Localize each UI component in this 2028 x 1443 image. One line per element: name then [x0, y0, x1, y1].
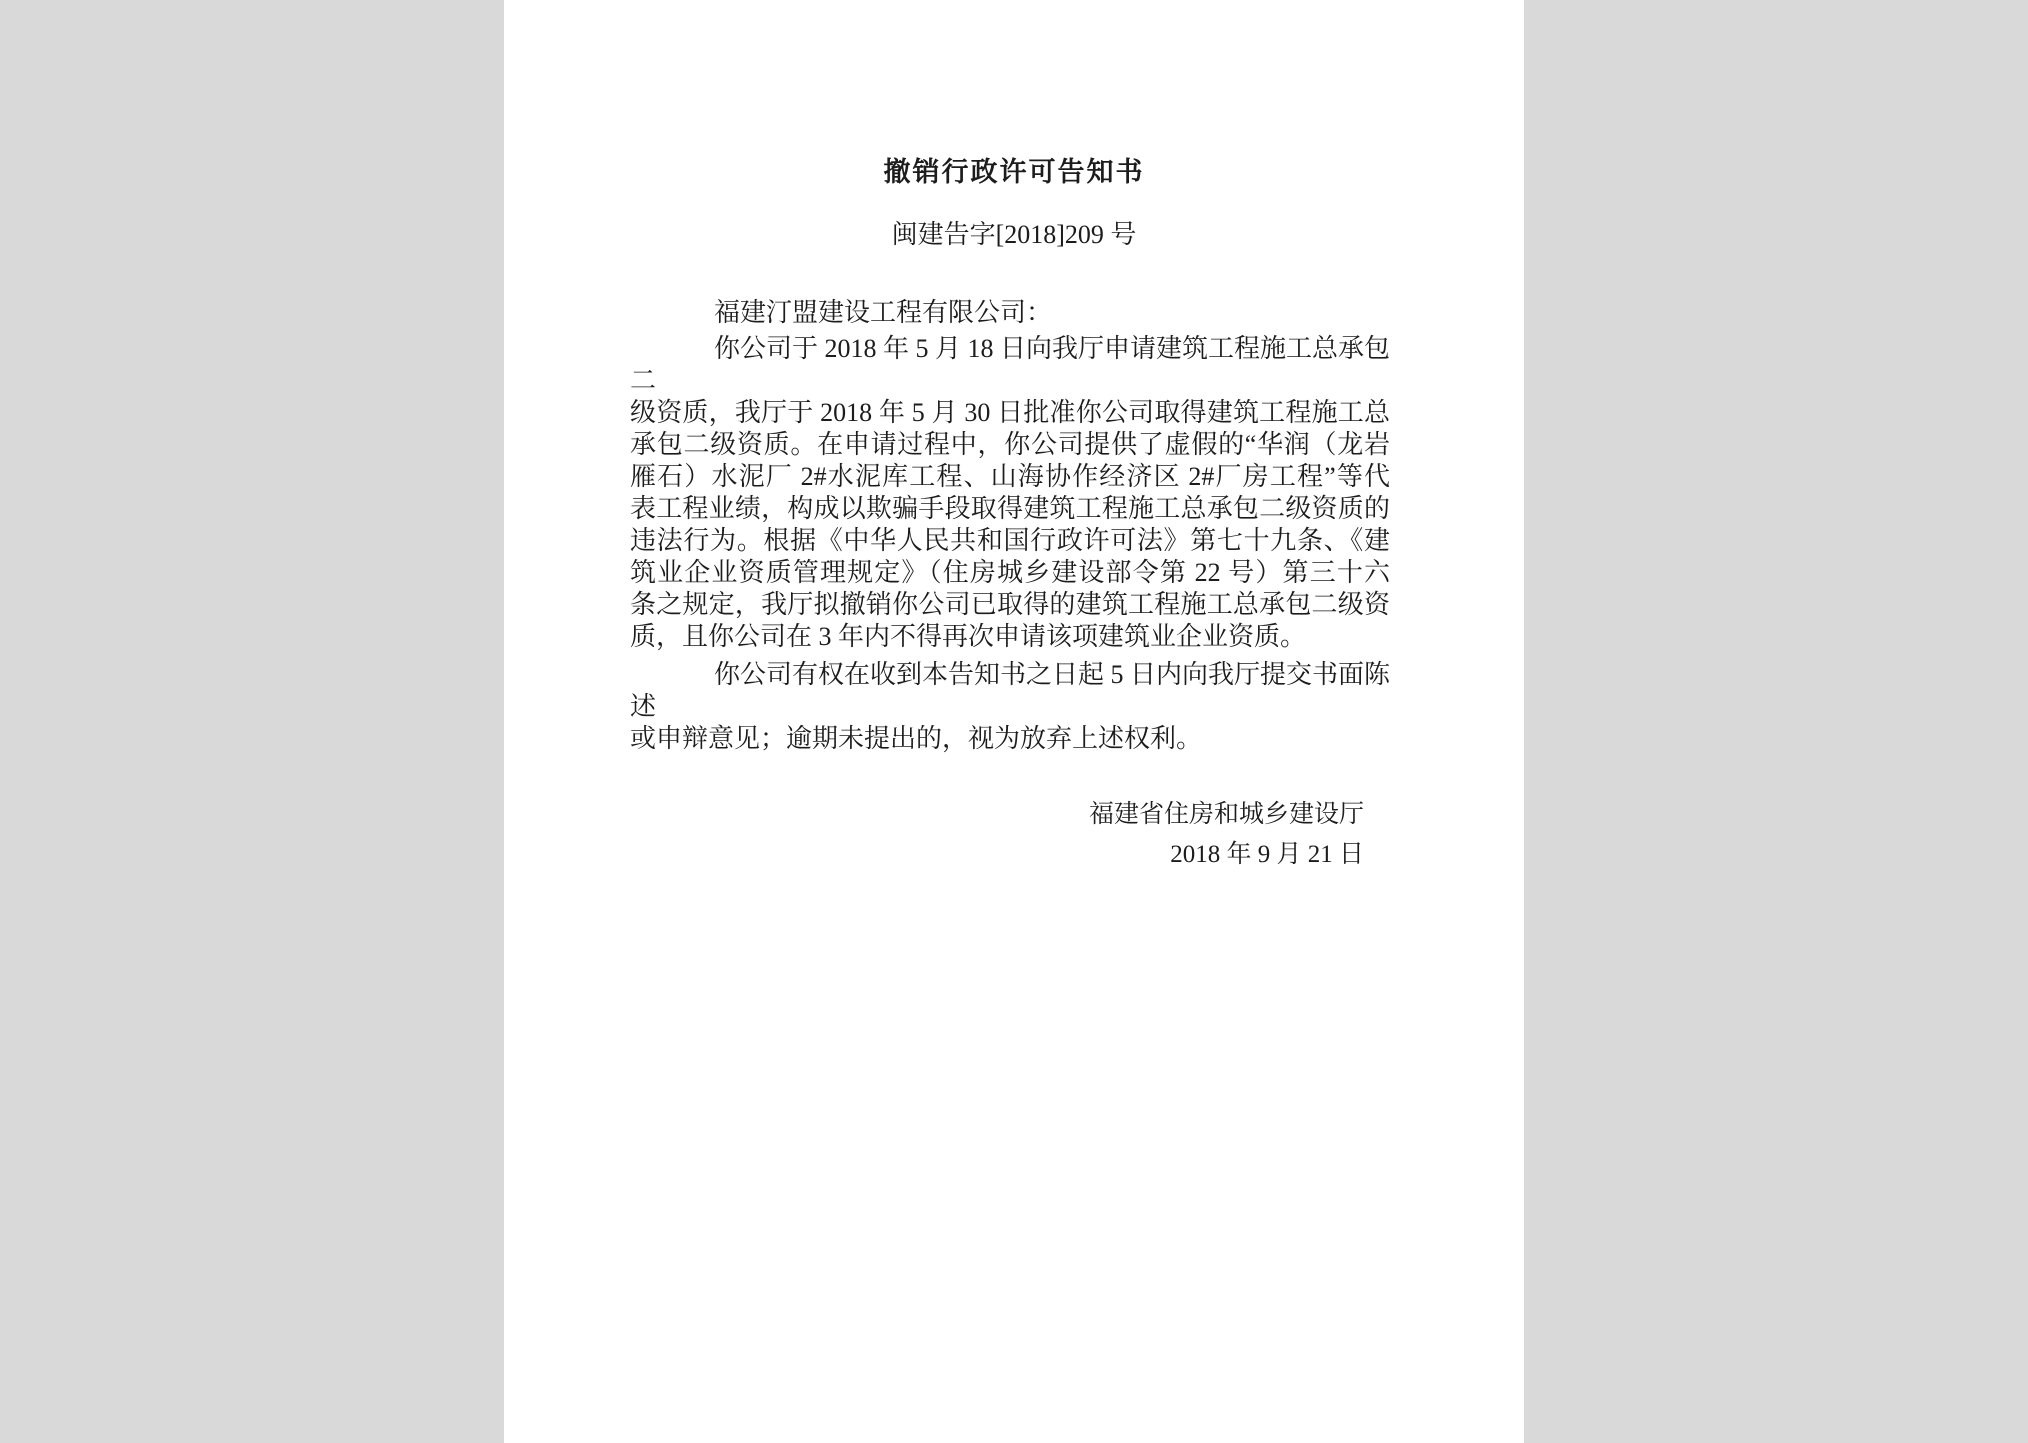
- text-line: 你公司有权在收到本告知书之日起 5 日内向我厅提交书面陈述: [630, 659, 1390, 723]
- text-line: 或申辩意见；逾期未提出的，视为放弃上述权利。: [630, 723, 1390, 755]
- signature-organization: 福建省住房和城乡建设厅: [504, 799, 1364, 831]
- signature-date: 2018 年 9 月 21 日: [504, 839, 1364, 871]
- document-number: 闽建告字[2018]209 号: [504, 219, 1524, 251]
- page-background: 撤销行政许可告知书 闽建告字[2018]209 号 福建汀盟建设工程有限公司： …: [0, 0, 2028, 1443]
- document-page: 撤销行政许可告知书 闽建告字[2018]209 号 福建汀盟建设工程有限公司： …: [504, 0, 1524, 1443]
- closing-block: 福建省住房和城乡建设厅 2018 年 9 月 21 日: [504, 799, 1524, 871]
- text-line: 承包二级资质。在申请过程中，你公司提供了虚假的“华润（龙岩: [630, 429, 1390, 461]
- text-line: 违法行为。根据《中华人民共和国行政许可法》第七十九条、《建: [630, 525, 1390, 557]
- text-line: 级资质，我厅于 2018 年 5 月 30 日批准你公司取得建筑工程施工总: [630, 397, 1390, 429]
- text-line: 条之规定，我厅拟撤销你公司已取得的建筑工程施工总承包二级资: [630, 589, 1390, 621]
- paragraphs-container: 你公司于 2018 年 5 月 18 日向我厅申请建筑工程施工总承包二级资质，我…: [630, 333, 1390, 755]
- text-line: 雁石）水泥厂 2#水泥库工程、山海协作经济区 2#厂房工程”等代: [630, 461, 1390, 493]
- salutation: 福建汀盟建设工程有限公司：: [630, 297, 1390, 329]
- text-line: 你公司于 2018 年 5 月 18 日向我厅申请建筑工程施工总承包二: [630, 333, 1390, 397]
- paragraph: 你公司有权在收到本告知书之日起 5 日内向我厅提交书面陈述或申辩意见；逾期未提出…: [630, 659, 1390, 755]
- text-line: 筑业企业资质管理规定》（住房城乡建设部令第 22 号）第三十六: [630, 557, 1390, 589]
- document-body: 福建汀盟建设工程有限公司： 你公司于 2018 年 5 月 18 日向我厅申请建…: [504, 297, 1524, 755]
- paragraph: 你公司于 2018 年 5 月 18 日向我厅申请建筑工程施工总承包二级资质，我…: [630, 333, 1390, 653]
- text-line: 质，且你公司在 3 年内不得再次申请该项建筑业企业资质。: [630, 621, 1390, 653]
- text-line: 表工程业绩，构成以欺骗手段取得建筑工程施工总承包二级资质的: [630, 493, 1390, 525]
- document-title: 撤销行政许可告知书: [504, 155, 1524, 189]
